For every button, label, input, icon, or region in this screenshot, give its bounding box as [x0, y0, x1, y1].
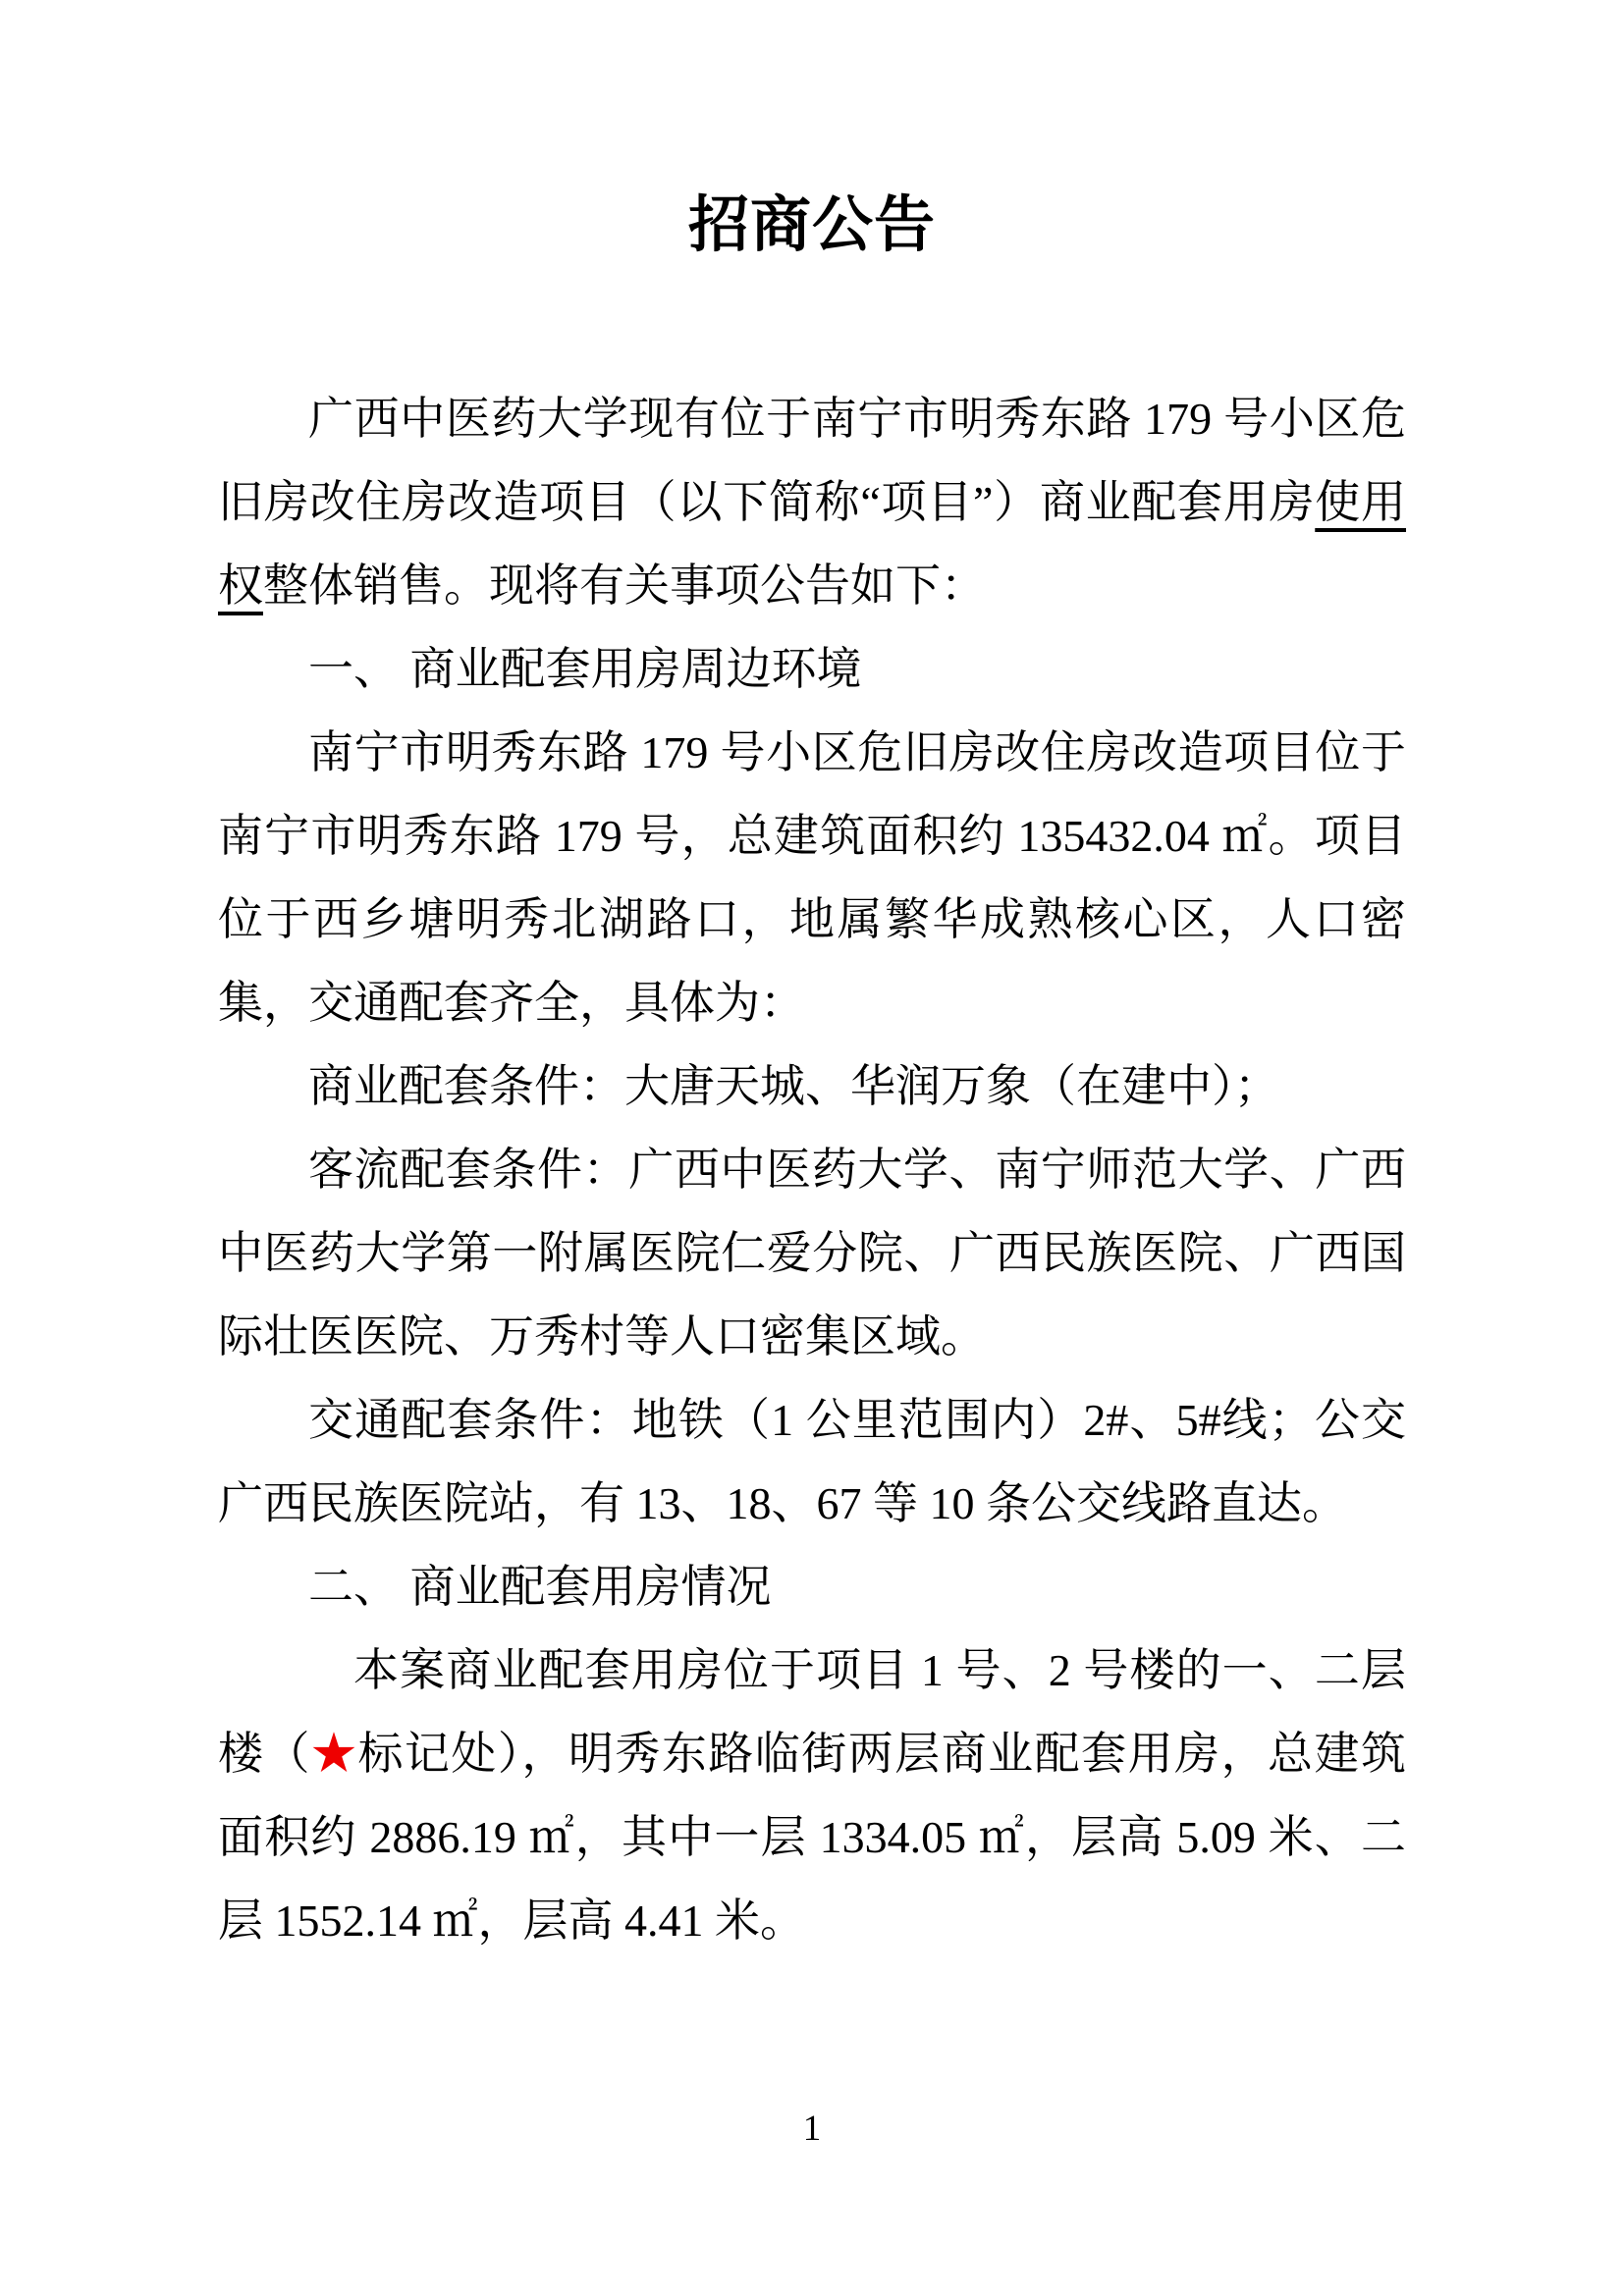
text-run: 整体销售。现将有关事项公告如下： — [263, 561, 986, 611]
text-run: 标记处），明秀东路临街两层商业配套用房，总建筑面积约 2886.19 ㎡，其中一… — [218, 1729, 1406, 1946]
red-star-icon: ★ — [311, 1729, 357, 1779]
section-heading-1: 一、 商业配套用房周边环境 — [218, 627, 1406, 711]
commercial-facilities-paragraph: 商业配套条件：大唐天城、华润万象（在建中）； — [218, 1044, 1406, 1128]
text-run: 一、 商业配套用房周边环境 — [308, 644, 862, 694]
transport-paragraph: 交通配套条件：地铁（1 公里范围内）2#、5#线；公交广西民族医院站，有 13、… — [218, 1378, 1406, 1545]
surroundings-paragraph: 南宁市明秀东路 179 号小区危旧房改住房改造项目位于南宁市明秀东路 179 号… — [218, 711, 1406, 1044]
intro-paragraph: 广西中医药大学现有位于南宁市明秀东路 179 号小区危旧房改住房改造项目（以下简… — [218, 377, 1406, 627]
section-heading-2: 二、 商业配套用房情况 — [218, 1545, 1406, 1629]
text-run: 交通配套条件：地铁（1 公里范围内）2#、5#线；公交广西民族医院站，有 13、… — [218, 1395, 1406, 1528]
text-run: 商业配套条件：大唐天城、华润万象（在建中）； — [308, 1061, 1279, 1111]
document-page: 招商公告 广西中医药大学现有位于南宁市明秀东路 179 号小区危旧房改住房改造项… — [0, 0, 1624, 2296]
page-number: 1 — [0, 2110, 1624, 2147]
text-run: 广西中医药大学现有位于南宁市明秀东路 179 号小区危旧房改住房改造项目（以下简… — [218, 394, 1406, 527]
property-details-paragraph: 本案商业配套用房位于项目 1 号、2 号楼的一、二层楼（★标记处），明秀东路临街… — [218, 1629, 1406, 1962]
text-run: 客流配套条件：广西中医药大学、南宁师范大学、广西中医药大学第一附属医院仁爱分院、… — [218, 1145, 1406, 1362]
document-title: 招商公告 — [0, 0, 1624, 262]
document-body: 广西中医药大学现有位于南宁市明秀东路 179 号小区危旧房改住房改造项目（以下简… — [218, 377, 1406, 1962]
passenger-flow-paragraph: 客流配套条件：广西中医药大学、南宁师范大学、广西中医药大学第一附属医院仁爱分院、… — [218, 1128, 1406, 1378]
text-run: 南宁市明秀东路 179 号小区危旧房改住房改造项目位于南宁市明秀东路 179 号… — [218, 727, 1406, 1028]
text-run: 二、 商业配套用房情况 — [308, 1562, 772, 1612]
